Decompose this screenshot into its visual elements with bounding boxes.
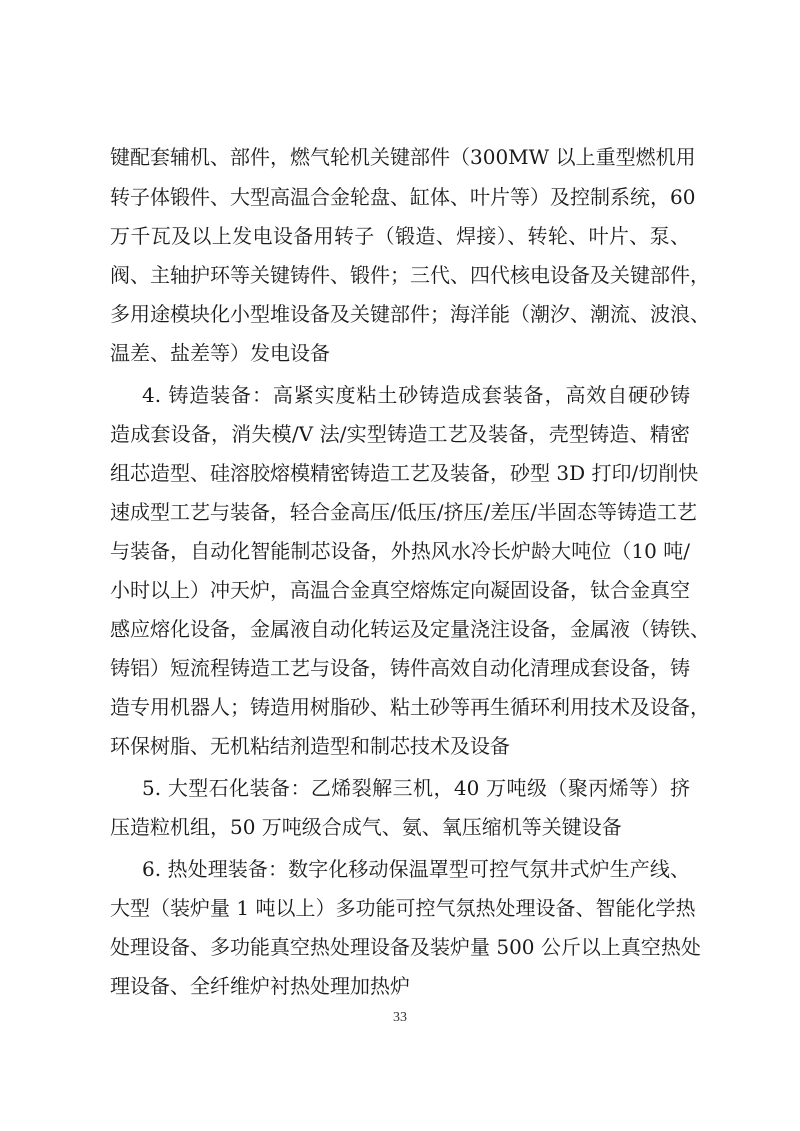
text-line: 理设备、全纤维炉衬热处理加热炉	[110, 974, 690, 998]
document-page: 键配套辅机、部件，燃气轮机关键部件（300MW 以上重型燃机用 转子体锻件、大型…	[0, 0, 800, 1131]
text-line: 与装备，自动化智能制芯设备，外热风水冷长炉龄大吨位（10 吨/	[110, 539, 690, 563]
text-line: 键配套辅机、部件，燃气轮机关键部件（300MW 以上重型燃机用	[110, 145, 690, 169]
text-line: 温差、盐差等）发电设备	[110, 341, 690, 365]
text-line: 组芯造型、硅溶胶熔模精密铸造工艺及装备，砂型 3D 打印/切削快	[110, 461, 690, 485]
text-line: 小时以上）冲天炉，高温合金真空熔炼定向凝固设备，钛合金真空	[110, 578, 690, 602]
text-line: 铸铝）短流程铸造工艺与设备，铸件高效自动化清理成套设备，铸	[110, 656, 690, 680]
text-line: 大型（装炉量 1 吨以上）多功能可控气氛热处理设备、智能化学热	[110, 896, 690, 920]
item-heading-line: 5. 大型石化装备：乙烯裂解三机，40 万吨级（聚丙烯等）挤	[142, 776, 690, 800]
item-heading-line: 6. 热处理装备：数字化移动保温罩型可控气氛井式炉生产线、	[142, 857, 690, 881]
text-line: 多用途模块化小型堆设备及关键部件；海洋能（潮汐、潮流、波浪、	[110, 302, 690, 326]
text-line: 环保树脂、无机粘结剂造型和制芯技术及设备	[110, 734, 690, 758]
text-line: 造成套设备，消失模/V 法/实型铸造工艺及装备，壳型铸造、精密	[110, 422, 690, 446]
text-line: 压造粒机组，50 万吨级合成气、氨、氧压缩机等关键设备	[110, 815, 690, 839]
text-line: 转子体锻件、大型高温合金轮盘、缸体、叶片等）及控制系统，60	[110, 185, 690, 209]
text-line: 速成型工艺与装备，轻合金高压/低压/挤压/差压/半固态等铸造工艺	[110, 500, 690, 524]
text-line: 造专用机器人；铸造用树脂砂、粘土砂等再生循环利用技术及设备，	[110, 695, 690, 719]
page-number: 33	[0, 1010, 800, 1026]
text-line: 感应熔化设备，金属液自动化转运及定量浇注设备，金属液（铸铁、	[110, 617, 690, 641]
text-line: 处理设备、多功能真空热处理设备及装炉量 500 公斤以上真空热处	[110, 935, 690, 959]
text-line: 阀、主轴护环等关键铸件、锻件；三代、四代核电设备及关键部件，	[110, 263, 690, 287]
text-line: 万千瓦及以上发电设备用转子（锻造、焊接）、转轮、叶片、泵、	[110, 224, 690, 248]
item-heading-line: 4. 铸造装备：高紧实度粘土砂铸造成套装备，高效自硬砂铸	[142, 383, 690, 407]
